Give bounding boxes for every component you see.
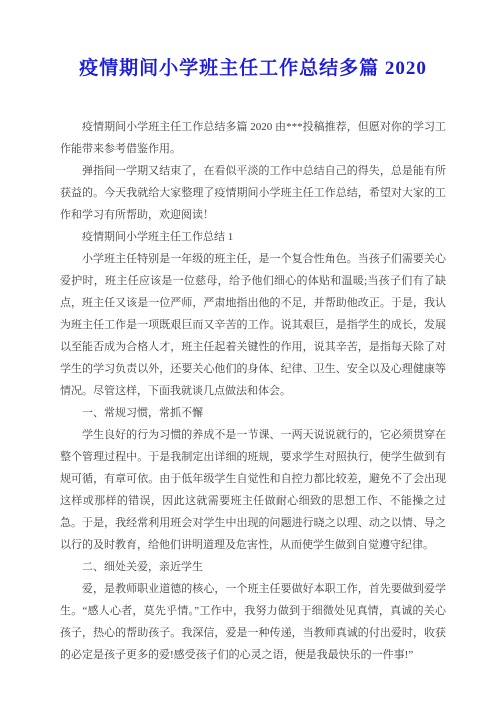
section-heading-point-2: 二、细处关爱，亲近学生: [60, 556, 446, 578]
intro-paragraph: 疫情期间小学班主任工作总结多篇 2020 由***投稿推荐，但愿对你的学习工作能…: [60, 116, 446, 160]
document-title: 疫情期间小学班主任工作总结多篇 2020: [60, 56, 446, 82]
preface-paragraph: 弹指间一学期又结束了，在看似平淡的工作中总结自己的得失，总是能有所获益的。今天我…: [60, 160, 446, 226]
point-1-paragraph: 学生良好的行为习惯的养成不是一节课、一两天说说就行的，它必须贯穿在整个管理过程中…: [60, 424, 446, 556]
document-page: 疫情期间小学班主任工作总结多篇 2020 疫情期间小学班主任工作总结多篇 202…: [0, 0, 500, 708]
point-2-paragraph: 爱，是教师职业道德的核心，一个班主任要做好本职工作，首先要做到爱学生。“感人心者…: [60, 578, 446, 666]
summary-1-intro-paragraph: 小学班主任特别是一年级的班主任，是一个复合性角色。当孩子们需要关心爱护时，班主任…: [60, 248, 446, 402]
section-heading-point-1: 一、常规习惯，常抓不懈: [60, 402, 446, 424]
document-body: 疫情期间小学班主任工作总结多篇 2020 由***投稿推荐，但愿对你的学习工作能…: [60, 116, 446, 666]
section-heading-summary-1: 疫情期间小学班主任工作总结 1: [60, 226, 446, 248]
